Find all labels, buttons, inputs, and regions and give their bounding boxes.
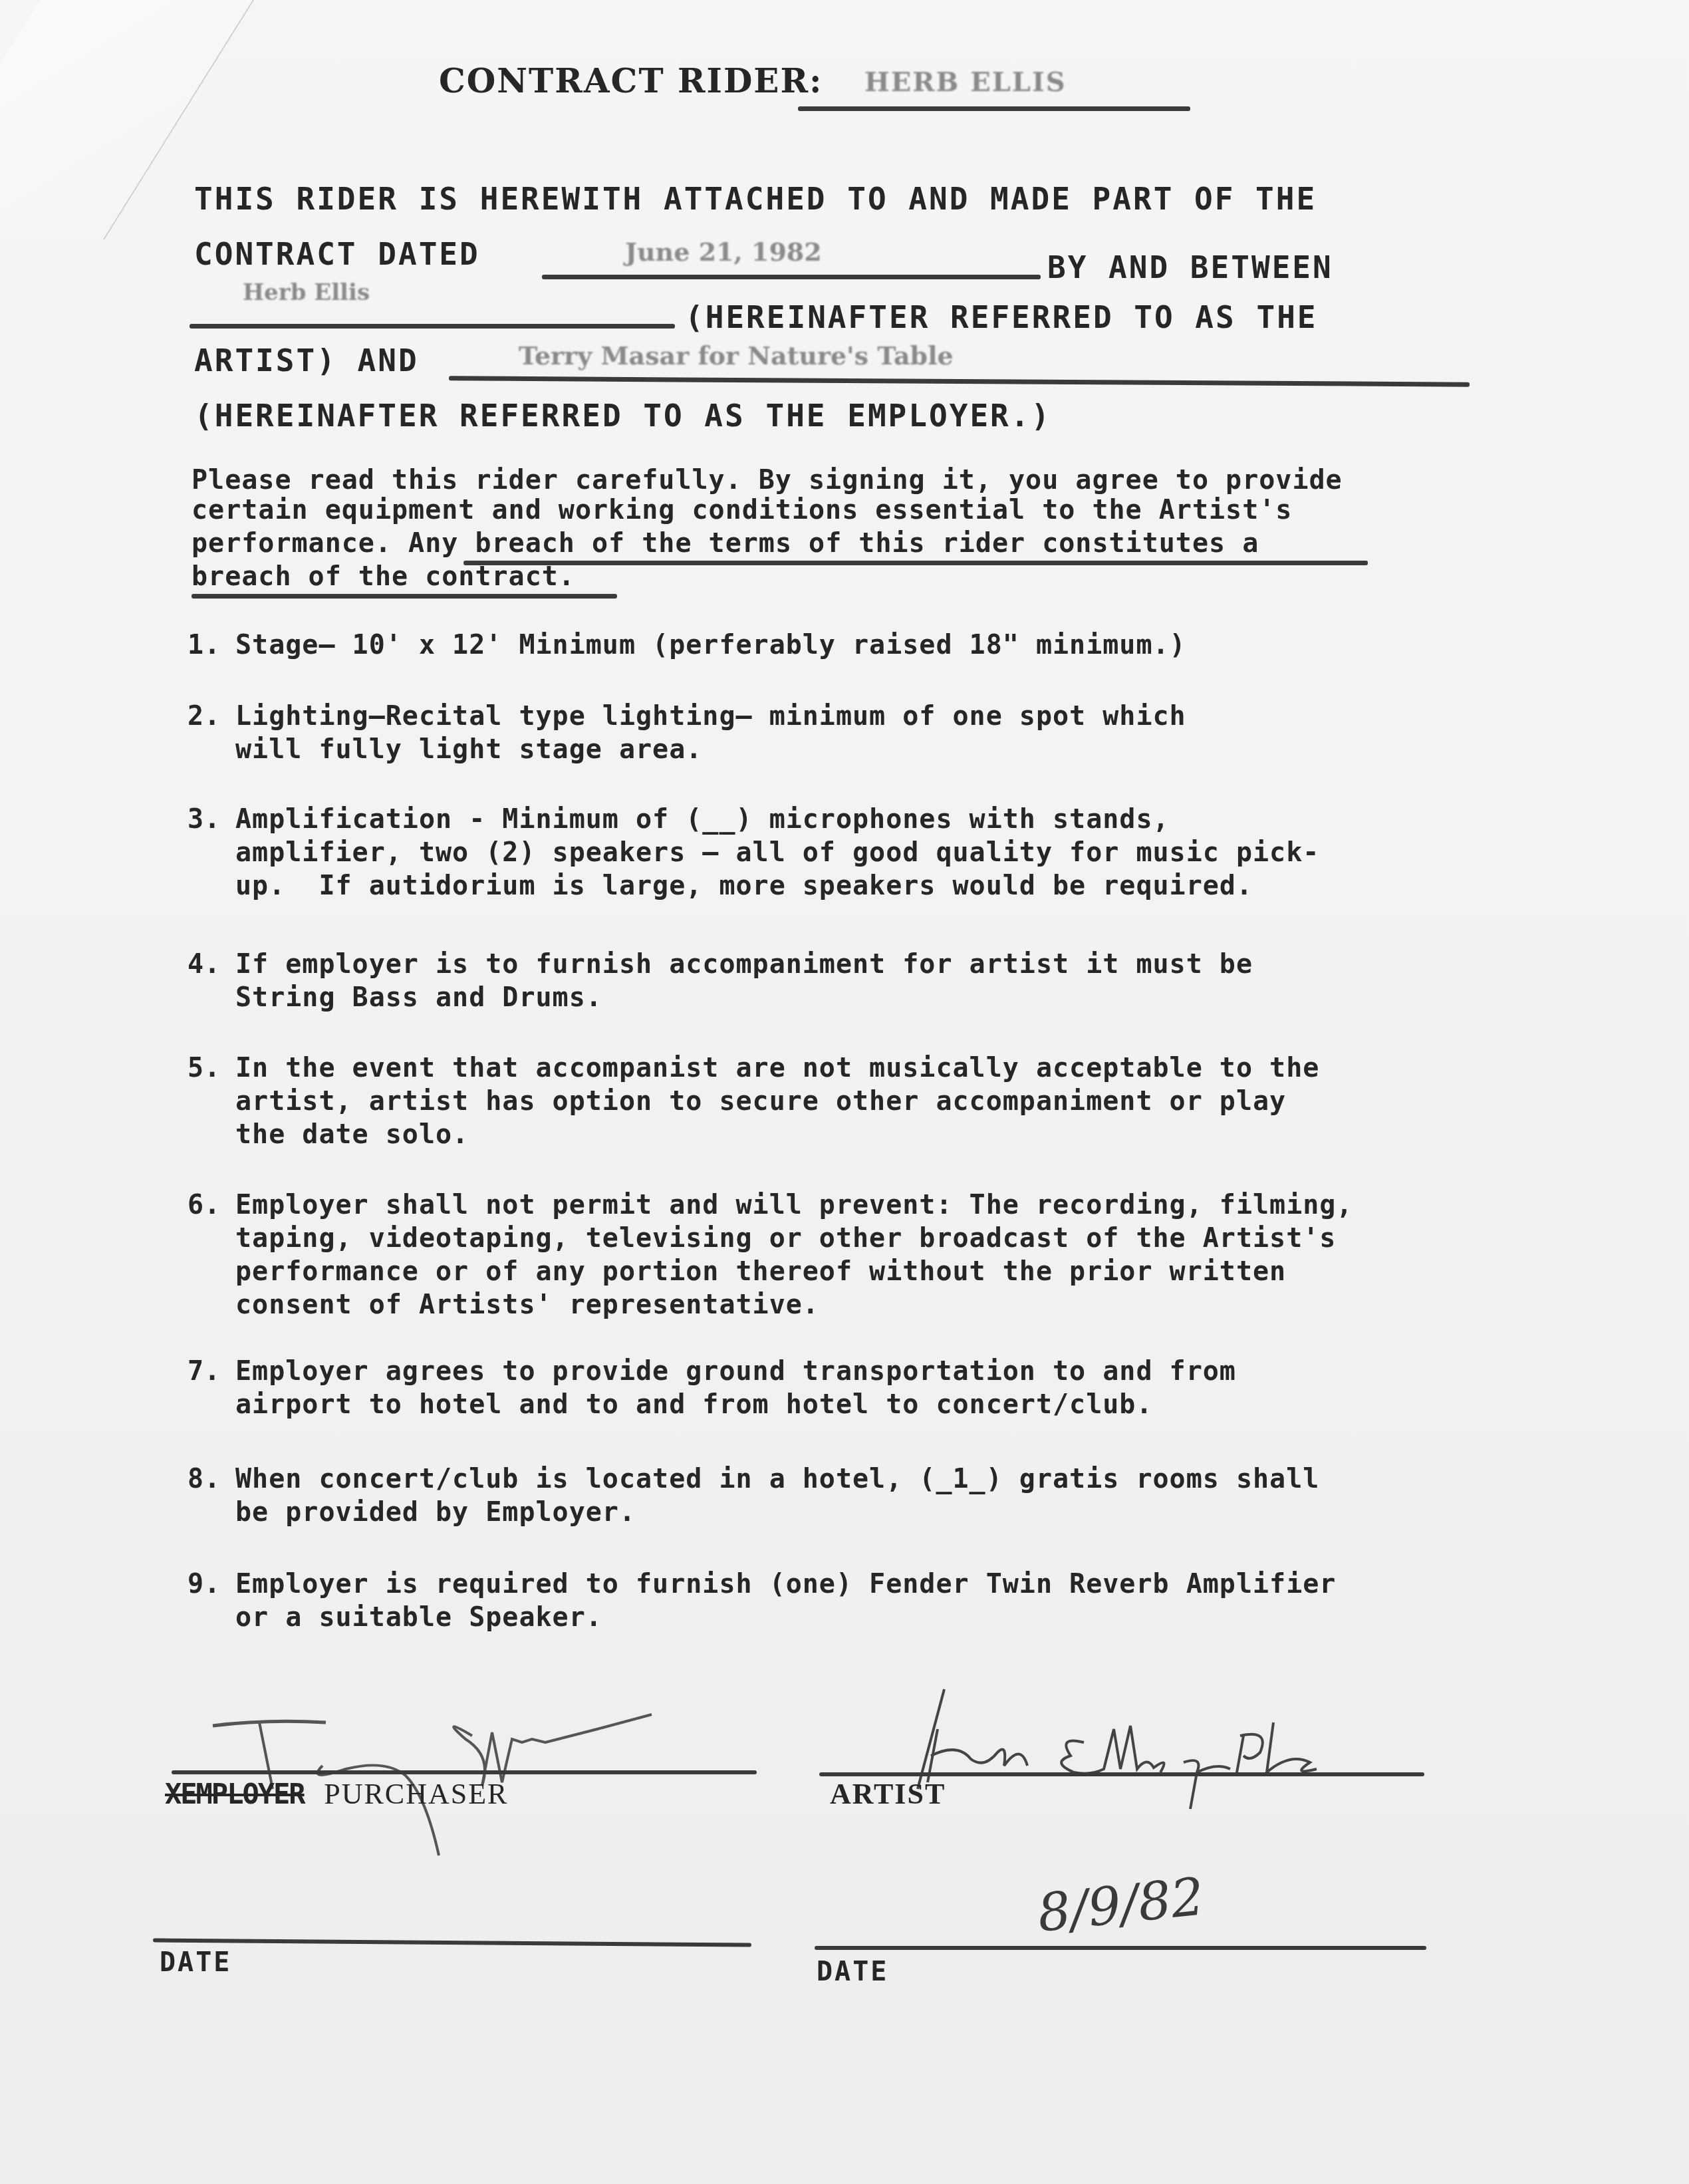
rider-item-line: Employer shall not permit and will preve… <box>235 1190 1353 1220</box>
artist-signature <box>891 1689 1423 1822</box>
rider-item-line: performance or of any portion thereof wi… <box>235 1257 1286 1286</box>
purchaser-signature-line <box>172 1770 757 1774</box>
employer-fill: Terry Masar for Nature's Table <box>519 341 954 370</box>
notice-line-3-underlined: Any breach of the terms of this rider co… <box>408 528 1259 559</box>
rider-item-line: If employer is to furnish accompaniment … <box>235 950 1253 979</box>
notice-underline-2 <box>192 594 617 599</box>
artist-label: ARTIST <box>830 1777 946 1811</box>
right-date-line <box>815 1946 1426 1950</box>
employer-struck-label: XEMPLOYER <box>165 1778 305 1810</box>
artist-name-fill: HERB ELLIS <box>864 67 1067 98</box>
hereinafter-artist-label: (HEREINAFTER REFERRED TO AS THE <box>685 299 1318 335</box>
rider-item-line: Lighting—Recital type lighting— minimum … <box>235 702 1186 731</box>
contract-dated-label: CONTRACT DATED <box>194 236 480 272</box>
rider-item-line: artist, artist has option to secure othe… <box>235 1087 1286 1116</box>
purchaser-signature <box>186 1703 652 1836</box>
rider-item-line: When concert/club is located in a hotel,… <box>235 1464 1319 1494</box>
rider-item-number: 3. <box>188 805 221 834</box>
employer-line <box>449 376 1470 386</box>
rider-item-line: Employer agrees to provide ground transp… <box>235 1357 1236 1386</box>
rider-title: CONTRACT RIDER: <box>439 61 823 100</box>
left-date-line <box>153 1938 751 1947</box>
rider-item-line: Stage— 10' x 12' Minimum (perferably rai… <box>235 630 1186 660</box>
rider-item-line: airport to hotel and to and from hotel t… <box>235 1390 1153 1419</box>
rider-item-line: Amplification - Minimum of (__) micropho… <box>235 805 1170 834</box>
notice-line-3: performance. Any breach of the terms of … <box>192 529 1259 558</box>
artist-date-value: 8/9/82 <box>1035 1867 1207 1944</box>
rider-item-number: 4. <box>188 950 221 979</box>
title-underline <box>798 106 1190 111</box>
notice-underline-1 <box>463 561 1368 565</box>
notice-line-3-plain: performance. <box>192 528 408 559</box>
contract-date-line <box>542 275 1041 279</box>
preamble-line-1: THIS RIDER IS HEREWITH ATTACHED TO AND M… <box>194 181 1317 217</box>
rider-item-number: 2. <box>188 702 221 731</box>
rider-item-line: taping, videotaping, televising or other… <box>235 1224 1336 1253</box>
rider-item-line: be provided by Employer. <box>235 1498 636 1527</box>
rider-item-number: 9. <box>188 1570 221 1599</box>
right-date-label: DATE <box>817 1957 888 1987</box>
artist-fill: Herb Ellis <box>243 279 370 306</box>
purchaser-text: PURCHASER <box>324 1778 508 1810</box>
notice-line-4: breach of the contract. <box>192 562 575 591</box>
notice-line-2: certain equipment and working conditions… <box>192 495 1292 525</box>
notice-line-1: Please read this rider carefully. By sig… <box>192 466 1343 495</box>
by-and-between-label: BY AND BETWEEN <box>1047 249 1333 285</box>
contract-date-fill: June 21, 1982 <box>625 237 822 267</box>
rider-item-line: In the event that accompanist are not mu… <box>235 1053 1319 1083</box>
rider-item-line: the date solo. <box>235 1120 469 1149</box>
rider-item-line: amplifier, two (2) speakers — all of goo… <box>235 838 1319 867</box>
purchaser-label: XEMPLOYER PURCHASER <box>165 1777 508 1811</box>
artist-line <box>190 324 675 329</box>
rider-item-number: 6. <box>188 1190 221 1220</box>
rider-item-number: 5. <box>188 1053 221 1083</box>
hereinafter-employer-label: (HEREINAFTER REFERRED TO AS THE EMPLOYER… <box>194 398 1051 434</box>
rider-item-line: up. If autidorium is large, more speaker… <box>235 871 1253 900</box>
rider-item-line: String Bass and Drums. <box>235 983 602 1012</box>
artist-signature-line <box>819 1772 1424 1776</box>
left-date-label: DATE <box>160 1947 231 1978</box>
rider-item-number: 8. <box>188 1464 221 1494</box>
rider-item-line: Employer is required to furnish (one) Fe… <box>235 1570 1336 1599</box>
artist-and-label: ARTIST) AND <box>194 342 419 378</box>
rider-item-line: or a suitable Speaker. <box>235 1603 602 1632</box>
document-page: CONTRACT RIDER: HERB ELLIS THIS RIDER IS… <box>0 0 1689 2184</box>
rider-item-line: will fully light stage area. <box>235 735 702 764</box>
rider-item-number: 7. <box>188 1357 221 1386</box>
title-label: CONTRACT RIDER: <box>439 61 823 100</box>
rider-item-number: 1. <box>188 630 221 660</box>
rider-item-line: consent of Artists' representative. <box>235 1290 819 1319</box>
